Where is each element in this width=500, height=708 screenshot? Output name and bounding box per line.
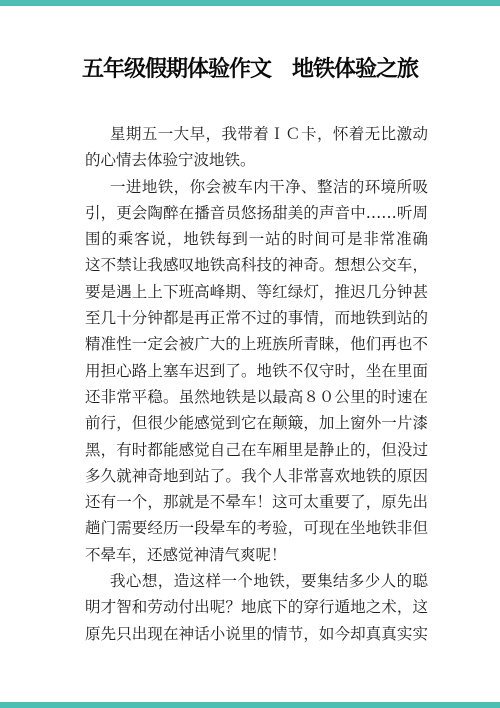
essay-body: 星期五一大早，我带着ＩＣ卡，怀着无比激动 的心情去体验宁波地铁。 一进地铁，你会…: [85, 121, 428, 647]
top-accent-bar: [0, 0, 500, 6]
essay-line: 这不禁让我感叹地铁高科技的神奇。想想公交车，: [85, 252, 428, 278]
essay-line: 围的乘客说，地铁每到一站的时间可是非常准确的，: [85, 226, 428, 252]
essay-line: 还非常平稳。虽然地铁是以最高８０公里的时速在: [85, 384, 428, 410]
essay-line: 还有一个，那就是不晕车！这可太重要了，原先出: [85, 489, 428, 515]
essay-line: 至几十分钟都是再正常不过的事情，而地铁到站的: [85, 305, 428, 331]
essay-line: 前行，但很少能感觉到它在颠簸，加上窗外一片漆: [85, 410, 428, 436]
essay-line: 趟门需要经历一段晕车的考验，可现在坐地铁非但: [85, 515, 428, 541]
document-page: 五年级假期体验作文 地铁体验之旅 星期五一大早，我带着ＩＣ卡，怀着无比激动 的心…: [0, 0, 500, 708]
essay-line: 精准性一定会被广大的上班族所青睐，他们再也不: [85, 331, 428, 357]
essay-line: 多久就神奇地到站了。我个人非常喜欢地铁的原因: [85, 463, 428, 489]
essay-title: 五年级假期体验作文 地铁体验之旅: [0, 54, 500, 84]
bottom-accent-bar: [0, 702, 500, 708]
essay-line: 星期五一大早，我带着ＩＣ卡，怀着无比激动: [85, 121, 428, 147]
essay-line: 黑，有时都能感觉自己在车厢里是静止的，但没过: [85, 437, 428, 463]
essay-line: 要是遇上上下班高峰期、等红绿灯，推迟几分钟甚: [85, 279, 428, 305]
essay-line: 一进地铁，你会被车内干净、整洁的环境所吸: [85, 174, 428, 200]
essay-line: 的心情去体验宁波地铁。: [85, 147, 428, 173]
essay-line: 引，更会陶醉在播音员悠扬甜美的声音中……听周: [85, 200, 428, 226]
essay-line: 原先只出现在神话小说里的情节，如今却真真实实: [85, 621, 428, 647]
essay-line: 明才智和劳动付出呢？地底下的穿行遁地之术，这: [85, 594, 428, 620]
essay-line: 不晕车，还感觉神清气爽呢！: [85, 542, 428, 568]
essay-line: 我心想，造这样一个地铁，要集结多少人的聪: [85, 568, 428, 594]
essay-line: 用担心路上塞车迟到了。地铁不仅守时，坐在里面: [85, 358, 428, 384]
